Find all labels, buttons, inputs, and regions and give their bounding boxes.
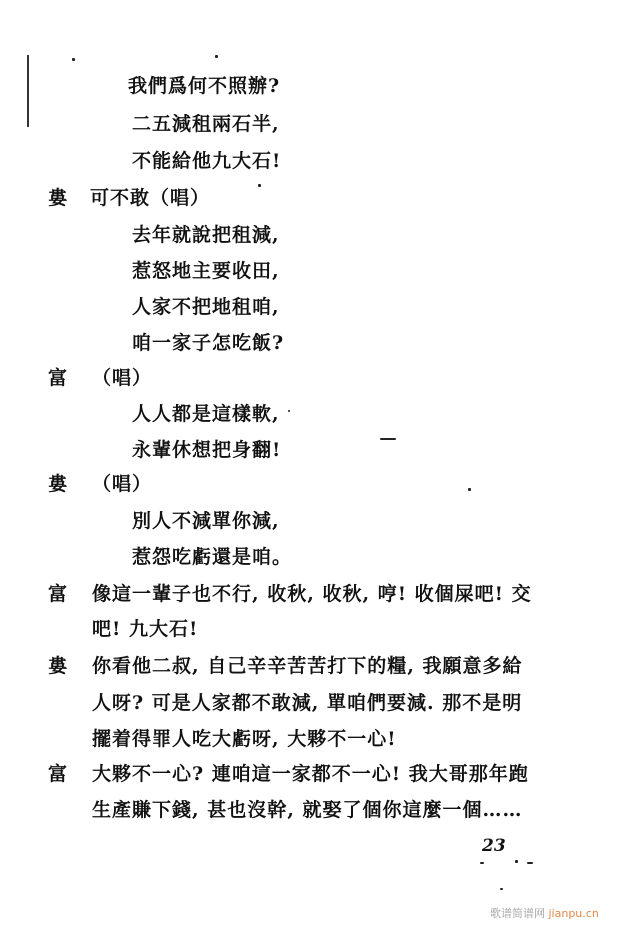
speaker-label: 婁 (48, 654, 67, 678)
text-line: 可不敢（唱） (90, 186, 210, 210)
text-line: 咱一家子怎吃飯? (132, 331, 284, 355)
watermark: 歌谱简谱网 jianpu.cn (490, 905, 599, 921)
text-line: 人家不把地租咱, (132, 295, 280, 319)
scan-speck (480, 862, 484, 864)
text-line: 去年就說把租減, (132, 223, 280, 247)
scan-speck (468, 488, 471, 491)
scan-speck (515, 860, 518, 863)
text-line: 人人都是這樣軟, (132, 402, 280, 426)
speaker-label: 婁 (48, 472, 67, 496)
scan-speck (215, 55, 218, 58)
page-number: 23 (482, 836, 506, 856)
margin-rule (27, 55, 29, 127)
text-line: 生產賺下錢, 甚也沒幹, 就娶了個你這麼一個…… (92, 798, 522, 822)
text-line: 惹怨吃虧還是咱。 (132, 545, 292, 569)
text-line: 不能給他九大石! (132, 149, 281, 173)
scan-speck (527, 862, 533, 864)
speaker-label: 富 (48, 366, 67, 390)
watermark-text: 歌谱简谱网 (490, 907, 545, 920)
text-line: 我們爲何不照辦? (128, 74, 280, 98)
speaker-label: 婁 (48, 186, 67, 210)
speaker-label: 富 (48, 582, 67, 606)
scan-speck (72, 58, 75, 61)
text-line: 你看他二叔, 自己辛辛苦苦打下的糧, 我願意多給 (92, 654, 522, 678)
text-line: 像這一輩子也不行, 收秋, 收秋, 哼! 收個屎吧! 交 (92, 582, 532, 606)
text-line: 擺着得罪人吃大虧呀, 大夥不一心! (92, 727, 397, 751)
text-line: 別人不減單你減, (132, 509, 280, 533)
text-line: 永輩休想把身翻! (132, 438, 281, 462)
text-line: 二五減租兩石半, (132, 112, 280, 136)
scan-speck (288, 410, 290, 412)
text-line: （唱） (92, 472, 152, 496)
scanned-page: 我們爲何不照辦? 二五減租兩石半, 不能給他九大石! 婁 可不敢（唱） 去年就說… (0, 0, 640, 930)
speaker-label: 富 (48, 762, 67, 786)
scan-speck (258, 184, 261, 187)
scan-speck (380, 438, 396, 440)
text-line: 大夥不一心? 連咱這一家都不一心! 我大哥那年跑 (92, 762, 529, 786)
text-line: 人呀? 可是人家都不敢減, 單咱們要減. 那不是明 (92, 691, 522, 715)
text-line: （唱） (92, 366, 152, 390)
scan-speck (500, 888, 503, 890)
watermark-domain: jianpu.cn (549, 907, 599, 920)
text-line: 惹怒地主要收田, (132, 259, 280, 283)
text-line: 吧! 九大石! (92, 617, 198, 641)
